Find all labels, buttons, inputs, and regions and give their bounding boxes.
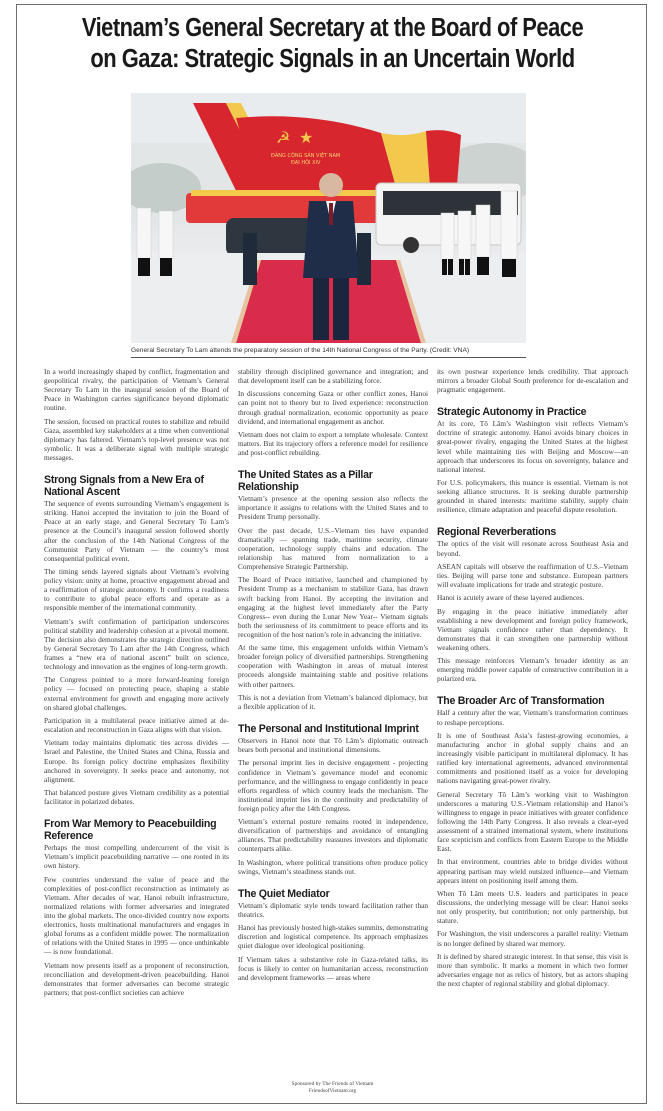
paragraph: When Tô Lâm meets U.S. leaders and parti… <box>437 889 628 925</box>
lead-photo: ☭ ★ ĐẢNG CỘNG SẢN VIỆT NAM ĐẠI HỘI XIV <box>131 93 526 343</box>
paragraph: This message reinforces Vietnam’s broade… <box>437 656 628 683</box>
paragraph: Vietnam’s diplomatic style tends toward … <box>238 901 428 919</box>
paragraph: In a world increasingly shaped by confli… <box>44 367 229 412</box>
paragraph: Vietnam’s swift confirmation of particip… <box>44 617 229 672</box>
paragraph: Observers in Hanoi note that Tô Lâm’s di… <box>238 736 428 754</box>
paragraph: It is one of Southeast Asia’s fastest-gr… <box>437 731 628 786</box>
photo-illustration: ☭ ★ ĐẢNG CỘNG SẢN VIỆT NAM ĐẠI HỘI XIV <box>131 93 526 343</box>
paragraph: its own postwar experience lends credibi… <box>437 367 628 394</box>
paragraph: Perhaps the most compelling undercurrent… <box>44 843 229 870</box>
paragraph: Few countries understand the value of pe… <box>44 875 229 957</box>
paragraph: Participation in a multilateral peace in… <box>44 716 229 734</box>
paragraph: Half a century after the war, Vietnam’s … <box>437 708 628 726</box>
paragraph: It is defined by shared strategic intere… <box>437 952 628 988</box>
paragraph: If Vietnam takes a substantive role in G… <box>238 955 428 982</box>
paragraph: By engaging in the peace initiative imme… <box>437 607 628 652</box>
paragraph: The timing sends layered signals about V… <box>44 567 229 612</box>
banner-subtext: ĐẠI HỘI XIV <box>291 159 321 166</box>
section-heading: Strategic Autonomy in Practice <box>437 406 628 418</box>
paragraph: This is not a deviation from Vietnam’s b… <box>238 693 428 711</box>
section-heading: Regional Reverberations <box>437 526 628 538</box>
banner-text: ĐẢNG CỘNG SẢN VIỆT NAM <box>271 151 340 159</box>
paragraph: Vietnam’s external posture remains roote… <box>238 817 428 853</box>
paragraph: For Washington, the visit underscores a … <box>437 929 628 947</box>
paragraph: That balanced posture gives Vietnam cred… <box>44 788 229 806</box>
paragraph: For U.S. policymakers, this nuance is es… <box>437 478 628 514</box>
section-heading: The United States as a Pillar Relationsh… <box>238 469 428 493</box>
headline: Vietnam’s General Secretary at the Board… <box>61 13 604 75</box>
paragraph: In that environment, countries able to b… <box>437 857 628 884</box>
paragraph: General Secretary Tô Lâm’s working visit… <box>437 790 628 854</box>
sponsor-footer: Sponsored by The Friends of Vietnam Frie… <box>17 1081 648 1095</box>
paragraph: Vietnam today maintains diplomatic ties … <box>44 738 229 783</box>
paragraph: Vietnam’s presence at the opening sessio… <box>238 494 428 521</box>
paragraph: Vietnam now presents itself as a propone… <box>44 961 229 997</box>
headline-line-1: Vietnam’s General Secretary at the Board… <box>82 14 583 42</box>
paragraph: The Board of Peace initiative, launched … <box>238 575 428 639</box>
paragraph: In Washington, where political transitio… <box>238 858 428 876</box>
paragraph: The sequence of events surrounding Vietn… <box>44 499 229 563</box>
svg-text:☭: ☭ <box>276 128 290 147</box>
sponsor-website-link[interactable]: FriendsofVietnam.org <box>17 1088 648 1095</box>
paragraph: Hanoi has previously hosted high-stakes … <box>238 923 428 950</box>
article-column-3: its own postwar experience lends credibi… <box>437 367 628 992</box>
paragraph: Over the past decade, U.S.–Vietnam ties … <box>238 526 428 571</box>
section-heading: Strong Signals from a New Era of Nationa… <box>44 474 229 498</box>
article-column-2: stability through disciplined governance… <box>238 367 428 986</box>
paragraph: At the same time, this engagement unfold… <box>238 643 428 688</box>
svg-text:★: ★ <box>299 128 313 147</box>
paragraph: Vietnam does not claim to export a templ… <box>238 430 428 457</box>
advertorial-page: Vietnam’s General Secretary at the Board… <box>16 4 647 1104</box>
article-column-1: In a world increasingly shaped by confli… <box>44 367 229 1001</box>
headline-line-2: on Gaza: Strategic Signals in an Uncerta… <box>90 45 574 73</box>
paragraph: ASEAN capitals will observe the reaffirm… <box>437 562 628 589</box>
photo-caption: General Secretary To Lam attends the pre… <box>131 346 526 358</box>
hammer-sickle-icon: ☭ <box>276 128 290 147</box>
paragraph: In discussions concerning Gaza or other … <box>238 389 428 425</box>
paragraph: Hanoi is acutely aware of these layered … <box>437 593 628 602</box>
section-heading: The Broader Arc of Transformation <box>437 695 628 707</box>
section-heading: The Quiet Mediator <box>238 888 428 900</box>
paragraph: The session, focused on practical routes… <box>44 417 229 462</box>
paragraph: stability through disciplined governance… <box>238 367 428 385</box>
paragraph: The personal imprint lies in decisive en… <box>238 758 428 813</box>
star-icon: ★ <box>299 128 313 147</box>
paragraph: At its core, Tô Lâm’s Washington visit r… <box>437 419 628 474</box>
paragraph: The Congress pointed to a more forward-l… <box>44 675 229 711</box>
section-heading: The Personal and Institutional Imprint <box>238 723 428 735</box>
section-heading: From War Memory to Peacebuilding Referen… <box>44 818 229 842</box>
paragraph: The optics of the visit will resonate ac… <box>437 539 628 557</box>
sponsor-line: Sponsored by The Friends of Vietnam <box>17 1081 648 1088</box>
